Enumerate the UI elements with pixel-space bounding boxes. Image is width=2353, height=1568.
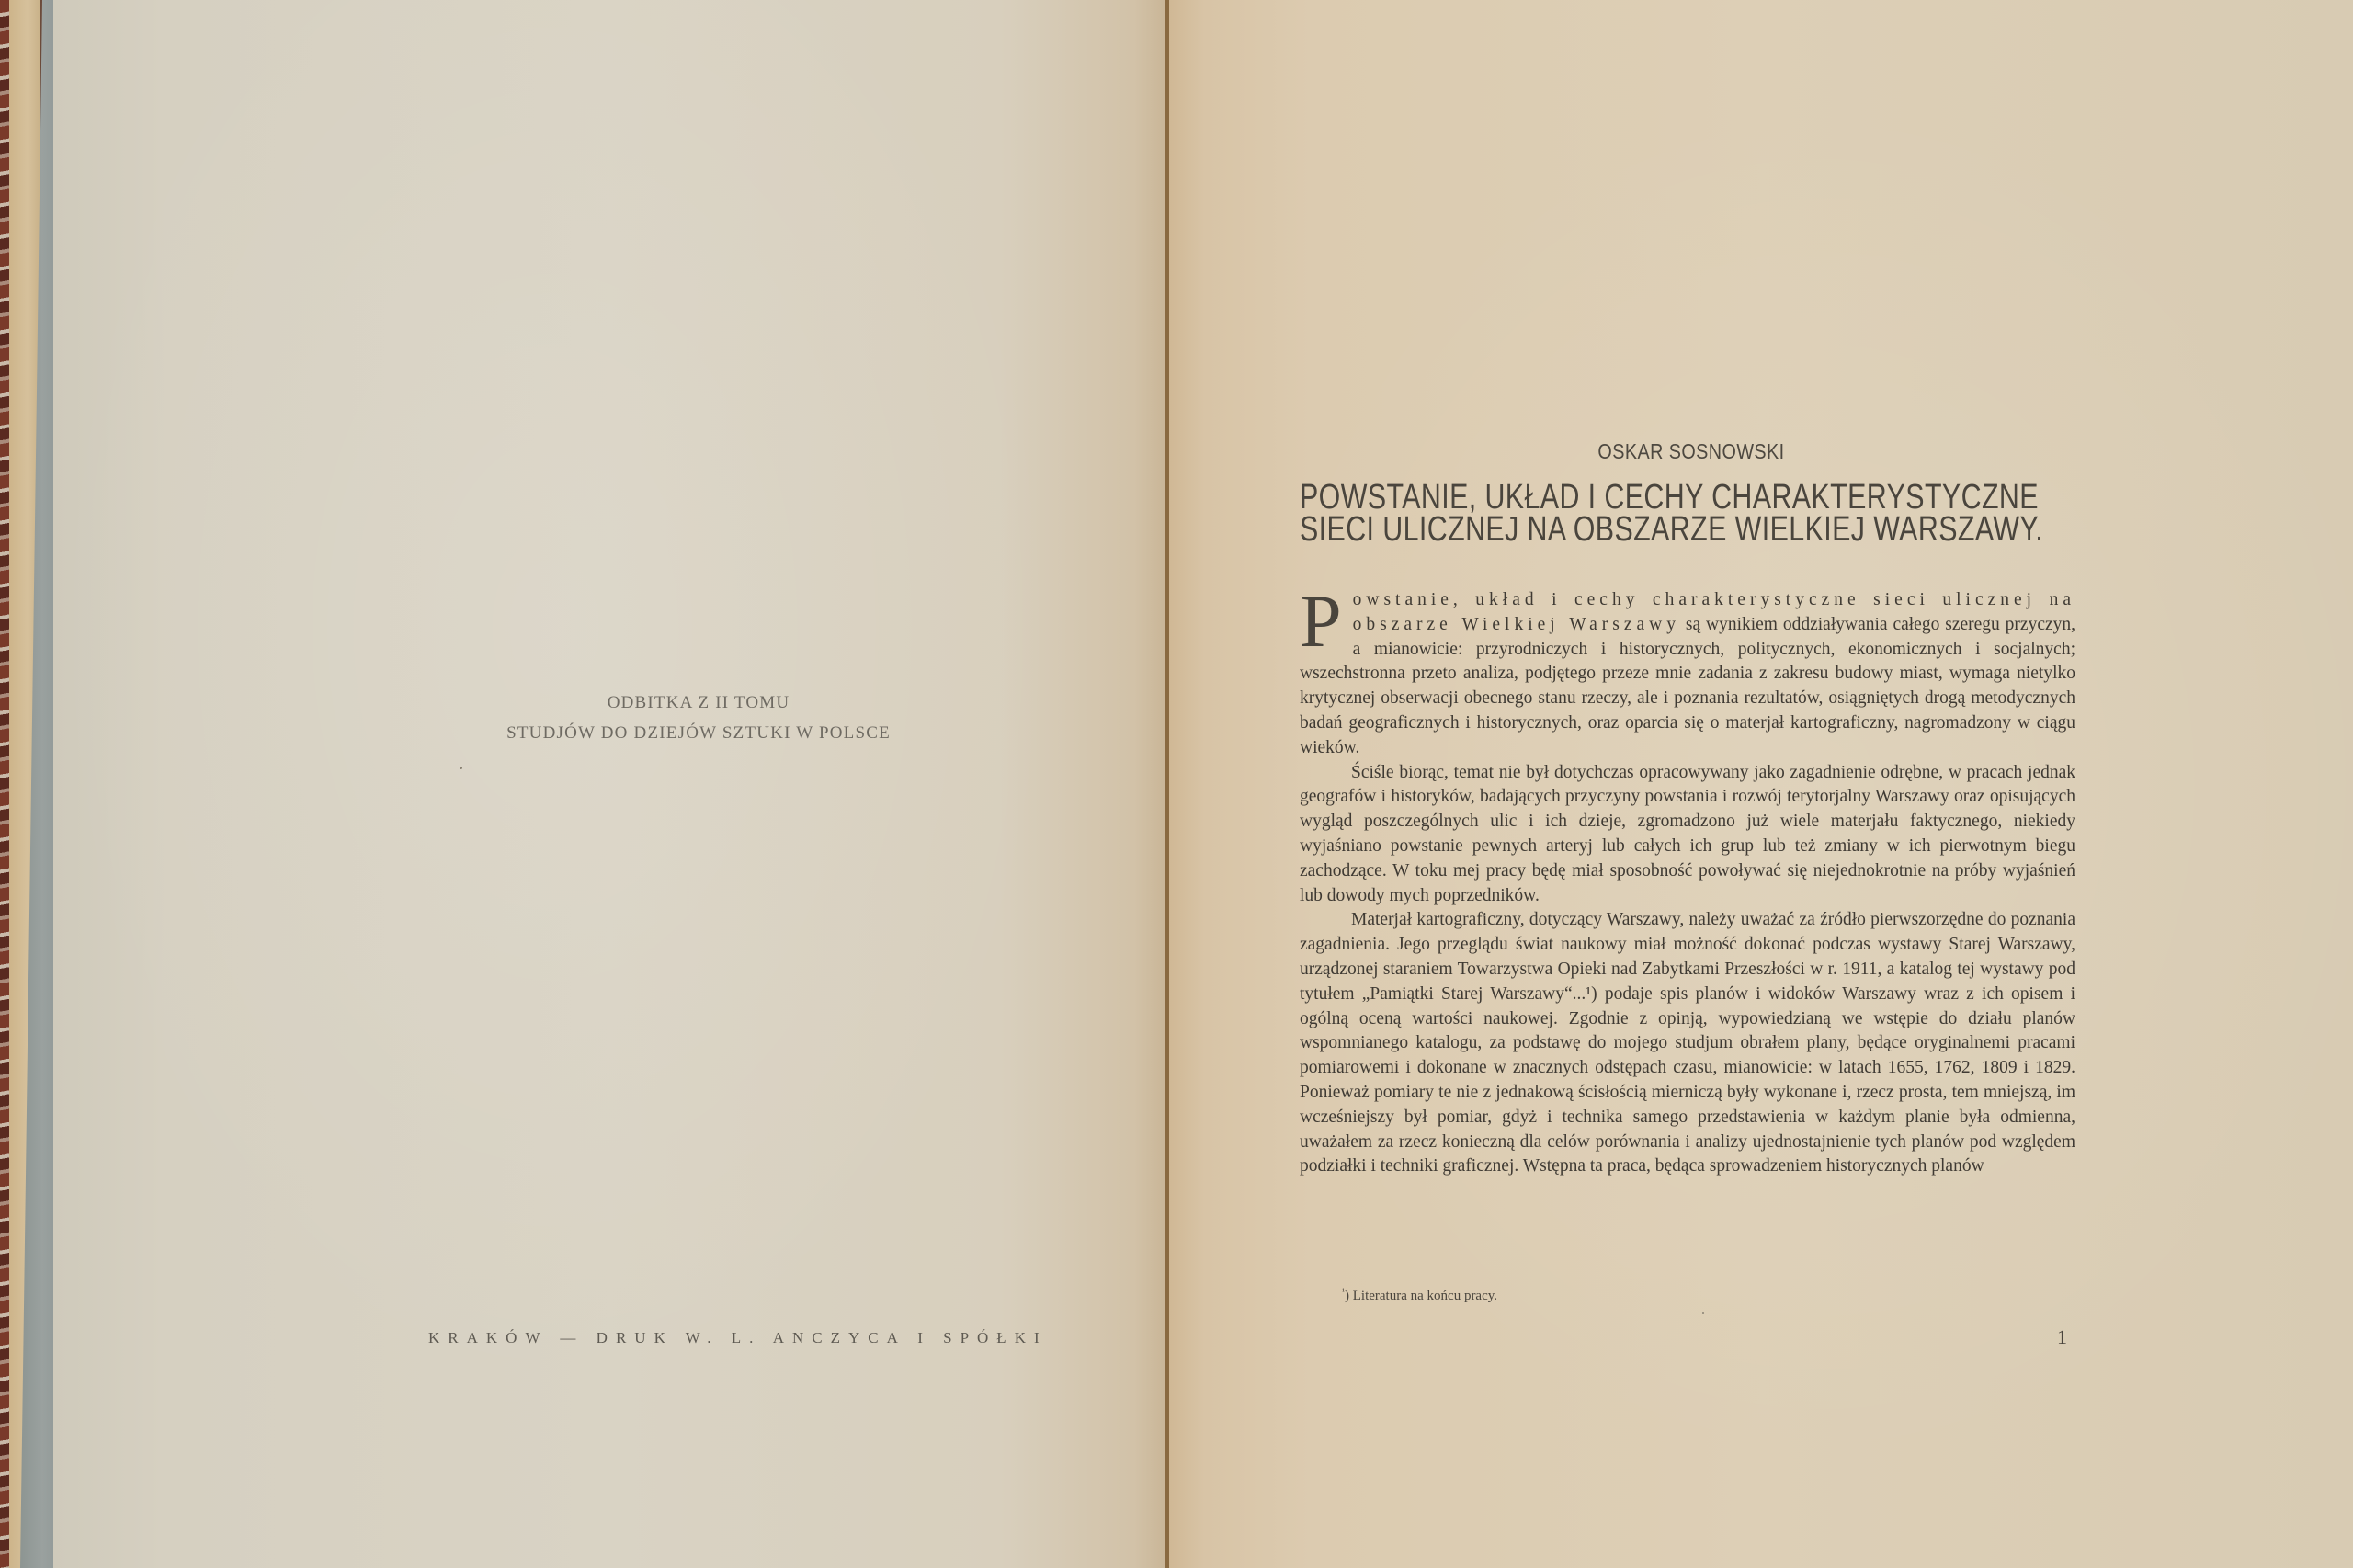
offprint-line-2: STUDJÓW DO DZIEJÓW SZTUKI W POLSCE <box>432 718 965 748</box>
article-title: POWSTANIE, UKŁAD I CECHY CHARAKTERYSTYCZ… <box>1300 482 2035 546</box>
author-name: OSKAR SOSNOWSKI <box>1344 439 2040 464</box>
page-number: 1 <box>2057 1325 2067 1349</box>
footnote: ¹) Literatura na końcu pracy. <box>1342 1287 1497 1304</box>
paper-speck <box>1702 1312 1704 1314</box>
offprint-line-1: ODBITKA Z II TOMU <box>432 687 965 718</box>
title-line-1: POWSTANIE, UKŁAD I CECHY CHARAKTERYSTYCZ… <box>1300 482 2035 514</box>
paragraph-1-line-2-rest: są wynikiem oddziaływania całego szeregu <box>1680 615 2000 634</box>
open-book-spread: ODBITKA Z II TOMU STUDJÓW DO DZIEJÓW SZT… <box>0 0 2353 1568</box>
spaced-opening-1: owstanie, układ i cechy charakterystyczn… <box>1353 590 2075 609</box>
article-body: P owstanie, układ i cechy charakterystyc… <box>1300 588 2075 1179</box>
footnote-text: ) Literatura na końcu pracy. <box>1345 1289 1497 1303</box>
offprint-notice: ODBITKA Z II TOMU STUDJÓW DO DZIEJÓW SZT… <box>432 687 965 748</box>
paragraph-1: P owstanie, układ i cechy charakterystyc… <box>1300 588 2075 761</box>
paragraph-2: Ściśle biorąc, temat nie był dotychczas … <box>1300 761 2075 909</box>
drop-cap: P <box>1300 592 1342 651</box>
spaced-opening-2: obszarze Wielkiej Warszawy <box>1353 615 1680 634</box>
paper-speck <box>460 767 462 769</box>
printer-imprint: KRAKÓW — DRUK W. L. ANCZYCA I SPÓŁKI <box>428 1329 998 1347</box>
title-line-2: SIECI ULICZNEJ NA OBSZARZE WIELKIEJ WARS… <box>1300 514 2035 546</box>
paragraph-3: Materjał kartograficzny, dotyczący Warsz… <box>1300 908 2075 1179</box>
